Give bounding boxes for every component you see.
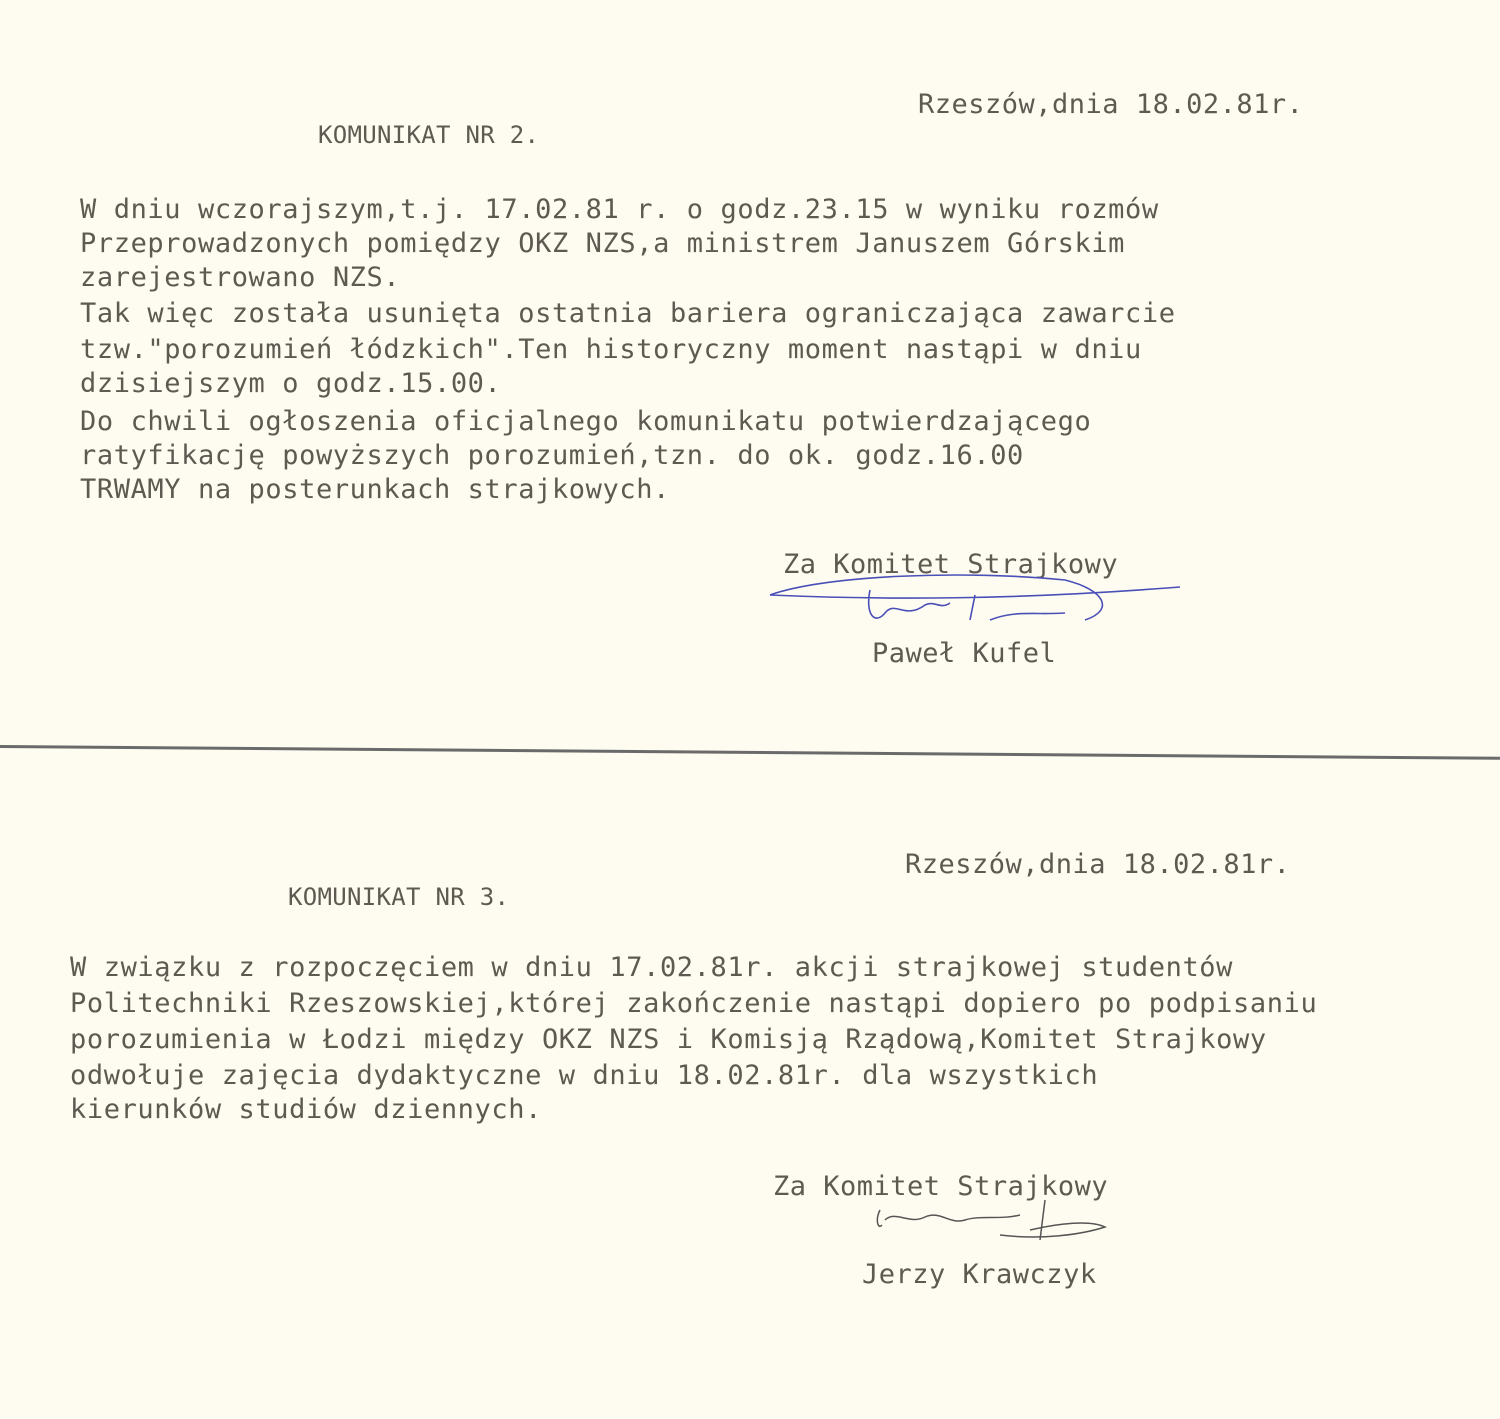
signature-icon [870,1195,1110,1255]
text-line: dzisiejszym o godz.15.00. [80,368,501,399]
text-line: porozumienia w Łodzi między OKZ NZS i Ko… [70,1024,1267,1055]
signatory-name: Jerzy Krawczyk [862,1258,1097,1292]
text-line: W dniu wczorajszym,t.j. 17.02.81 r. o go… [80,194,1159,225]
text-line: TRWAMY na posterunkach strajkowych. [80,474,670,505]
text-line: tzw."porozumień łódzkich".Ten historyczn… [80,334,1142,365]
tear-line-divider [0,745,1500,760]
text-line: W związku z rozpoczęciem w dniu 17.02.81… [70,952,1233,983]
text-line: Tak więc została usunięta ostatnia barie… [80,298,1176,329]
document-title: KOMUNIKAT NR 2. [318,118,539,152]
text-line: Przeprowadzonych pomiędzy OKZ NZS,a mini… [80,228,1125,259]
place-date: Rzeszów,dnia 18.02.81r. [905,848,1290,882]
place-date: Rzeszów,dnia 18.02.81r. [918,88,1303,122]
text-line: zarejestrowano NZS. [80,262,400,293]
text-line: kierunków studiów dziennych. [70,1094,542,1125]
text-line: odwołuje zajęcia dydaktyczne w dniu 18.0… [70,1060,1098,1091]
signature-icon [765,565,1185,635]
text-line: Do chwili ogłoszenia oficjalnego komunik… [80,406,1091,437]
text-line: ratyfikację powyższych porozumień,tzn. d… [80,440,1024,471]
signatory-name: Paweł Kufel [872,637,1056,671]
text-line: Politechniki Rzeszowskiej,której zakończ… [70,988,1317,1019]
document-title: KOMUNIKAT NR 3. [288,880,509,914]
